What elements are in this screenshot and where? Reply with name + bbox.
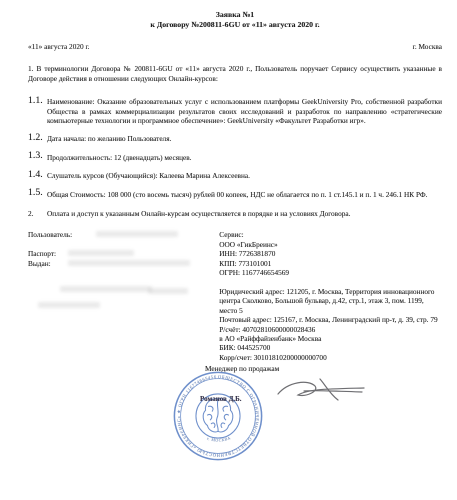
clause-2: 2. Оплата и доступ к указанным Онлайн-ку…	[28, 209, 442, 218]
item-1-5: 1.5. Общая Стоимость: 108 000 (сто восем…	[28, 190, 442, 199]
redacted-smudge	[68, 260, 190, 266]
service-title: Сервис:	[219, 230, 442, 239]
signer-name: Романов Д.Б.	[200, 395, 242, 404]
item-1-2-text: Дата начала: по желанию Пользователя.	[47, 134, 171, 143]
item-1-4-number: 1.4.	[28, 170, 43, 179]
service-bank: в АО «Райффайзенбанк» Москва	[219, 334, 442, 343]
service-corr: Корр/счет: 30101810200000000700	[219, 353, 442, 362]
redacted-smudge	[96, 231, 178, 237]
item-1-2: 1.2. Дата начала: по желанию Пользовател…	[28, 134, 442, 143]
clause-2-text: Оплата и доступ к указанным Онлайн-курса…	[47, 209, 350, 218]
signature-area: Менеджер по продажам Романов Д.Б.	[28, 362, 442, 458]
handwritten-signature-icon	[274, 376, 370, 410]
redacted-smudge	[148, 288, 188, 294]
item-1-1: 1.1. Наименование: Оказание образователь…	[28, 97, 442, 125]
item-1-5-number: 1.5.	[28, 188, 43, 197]
service-inn: ИНН: 7726381870	[219, 249, 442, 258]
document-date: «11» августа 2020 г.	[28, 42, 89, 51]
document-page: Заявка №1 к Договору №200811-6GU от «11»…	[0, 0, 457, 458]
service-bik: БИК: 044525700	[219, 343, 442, 352]
item-1-5-text: Общая Стоимость: 108 000 (сто восемь тыс…	[47, 190, 427, 199]
item-1-3-text: Продолжительность: 12 (двенадцать) месяц…	[47, 153, 191, 162]
clause-2-number: 2.	[28, 209, 33, 218]
company-stamp-icon: ОБЩЕСТВО С ОГРАНИЧЕННОЙ ОТВЕТСТВЕННОСТЬЮ…	[170, 370, 266, 462]
clause-1-number: 1.	[28, 64, 33, 73]
item-1-2-number: 1.2.	[28, 133, 43, 142]
item-1-1-number: 1.1.	[28, 96, 43, 105]
parties-columns: Пользователь: Паспорт: Выдан: Сервис: ОО…	[28, 230, 442, 362]
redacted-smudge	[68, 250, 134, 256]
item-1-3: 1.3. Продолжительность: 12 (двенадцать) …	[28, 153, 442, 162]
document-title: Заявка №1 к Договору №200811-6GU от «11»…	[28, 10, 442, 30]
service-account: Р/счёт: 40702810600000028436	[219, 325, 442, 334]
service-kpp: КПП: 773101001	[219, 259, 442, 268]
user-column: Пользователь: Паспорт: Выдан:	[28, 230, 219, 362]
clause-1: 1. В терминологии Договора № 200811-6GU …	[28, 64, 442, 83]
title-line-2: к Договору №200811-6GU от «11» августа 2…	[28, 20, 442, 30]
redacted-smudge	[60, 286, 152, 292]
document-city: г. Москва	[413, 42, 442, 51]
service-postal-address: Почтовый адрес: 125167, г. Москва, Ленин…	[219, 315, 442, 324]
service-column: Сервис: ООО «ГикБреинс» ИНН: 7726381870 …	[219, 230, 442, 362]
clause-1-text: В терминологии Договора № 200811-6GU от …	[28, 64, 442, 82]
date-row: «11» августа 2020 г. г. Москва	[28, 42, 442, 51]
service-legal-address: Юридический адрес: 121205, г. Москва, Те…	[219, 287, 442, 315]
title-line-1: Заявка №1	[28, 10, 442, 20]
item-1-3-number: 1.3.	[28, 151, 43, 160]
item-1-4-text: Слушатель курсов (Обучающийся): Калеева …	[47, 171, 250, 180]
service-ogrn: ОГРН: 1167746654569	[219, 268, 442, 277]
redacted-smudge	[38, 302, 100, 308]
item-1-1-text: Наименование: Оказание образовательных у…	[47, 97, 442, 125]
item-1-4: 1.4. Слушатель курсов (Обучающийся): Кал…	[28, 171, 442, 180]
service-company: ООО «ГикБреинс»	[219, 240, 442, 249]
